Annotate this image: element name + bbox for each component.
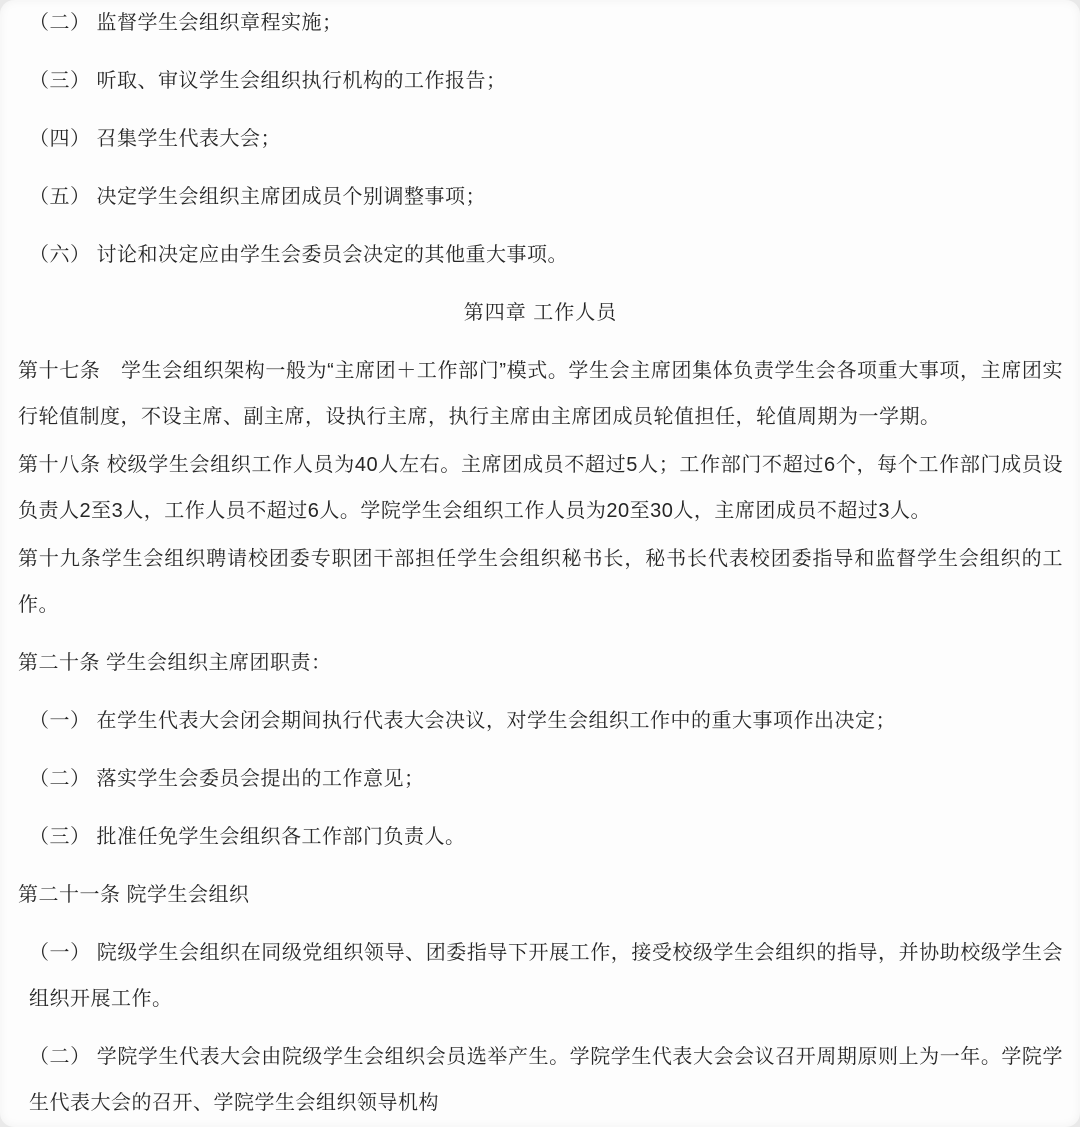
clause-item-4: （四） 召集学生代表大会； — [18, 116, 1063, 162]
article-20: 第二十条 学生会组织主席团职责： — [18, 640, 1063, 686]
document-page: （二） 监督学生会组织章程实施； （三） 听取、审议学生会组织执行机构的工作报告… — [0, 0, 1080, 1127]
chapter-heading: 第四章 工作人员 — [18, 290, 1063, 336]
clause-20-2: （二） 落实学生会委员会提出的工作意见； — [18, 756, 1063, 802]
clause-21-2: （二） 学院学生代表大会由院级学生会组织会员选举产生。学院学生代表大会会议召开周… — [18, 1034, 1063, 1126]
clause-item-3: （三） 听取、审议学生会组织执行机构的工作报告； — [18, 58, 1063, 104]
clause-20-3: （三） 批准任免学生会组织各工作部门负责人。 — [18, 814, 1063, 860]
clause-21-1: （一） 院级学生会组织在同级党组织领导、团委指导下开展工作，接受校级学生会组织的… — [18, 930, 1063, 1022]
clause-20-1: （一） 在学生代表大会闭会期间执行代表大会决议，对学生会组织工作中的重大事项作出… — [18, 698, 1063, 744]
clause-item-5: （五） 决定学生会组织主席团成员个别调整事项； — [18, 174, 1063, 220]
clause-item-2: （二） 监督学生会组织章程实施； — [18, 0, 1063, 46]
article-19: 第十九条学生会组织聘请校团委专职团干部担任学生会组织秘书长，秘书长代表校团委指导… — [18, 536, 1063, 628]
clause-item-6: （六） 讨论和决定应由学生会委员会决定的其他重大事项。 — [18, 232, 1063, 278]
article-17: 第十七条 学生会组织架构一般为“主席团＋工作部门”模式。学生会主席团集体负责学生… — [18, 348, 1063, 440]
article-18: 第十八条 校级学生会组织工作人员为40人左右。主席团成员不超过5人；工作部门不超… — [18, 442, 1063, 534]
article-21: 第二十一条 院学生会组织 — [18, 872, 1063, 918]
